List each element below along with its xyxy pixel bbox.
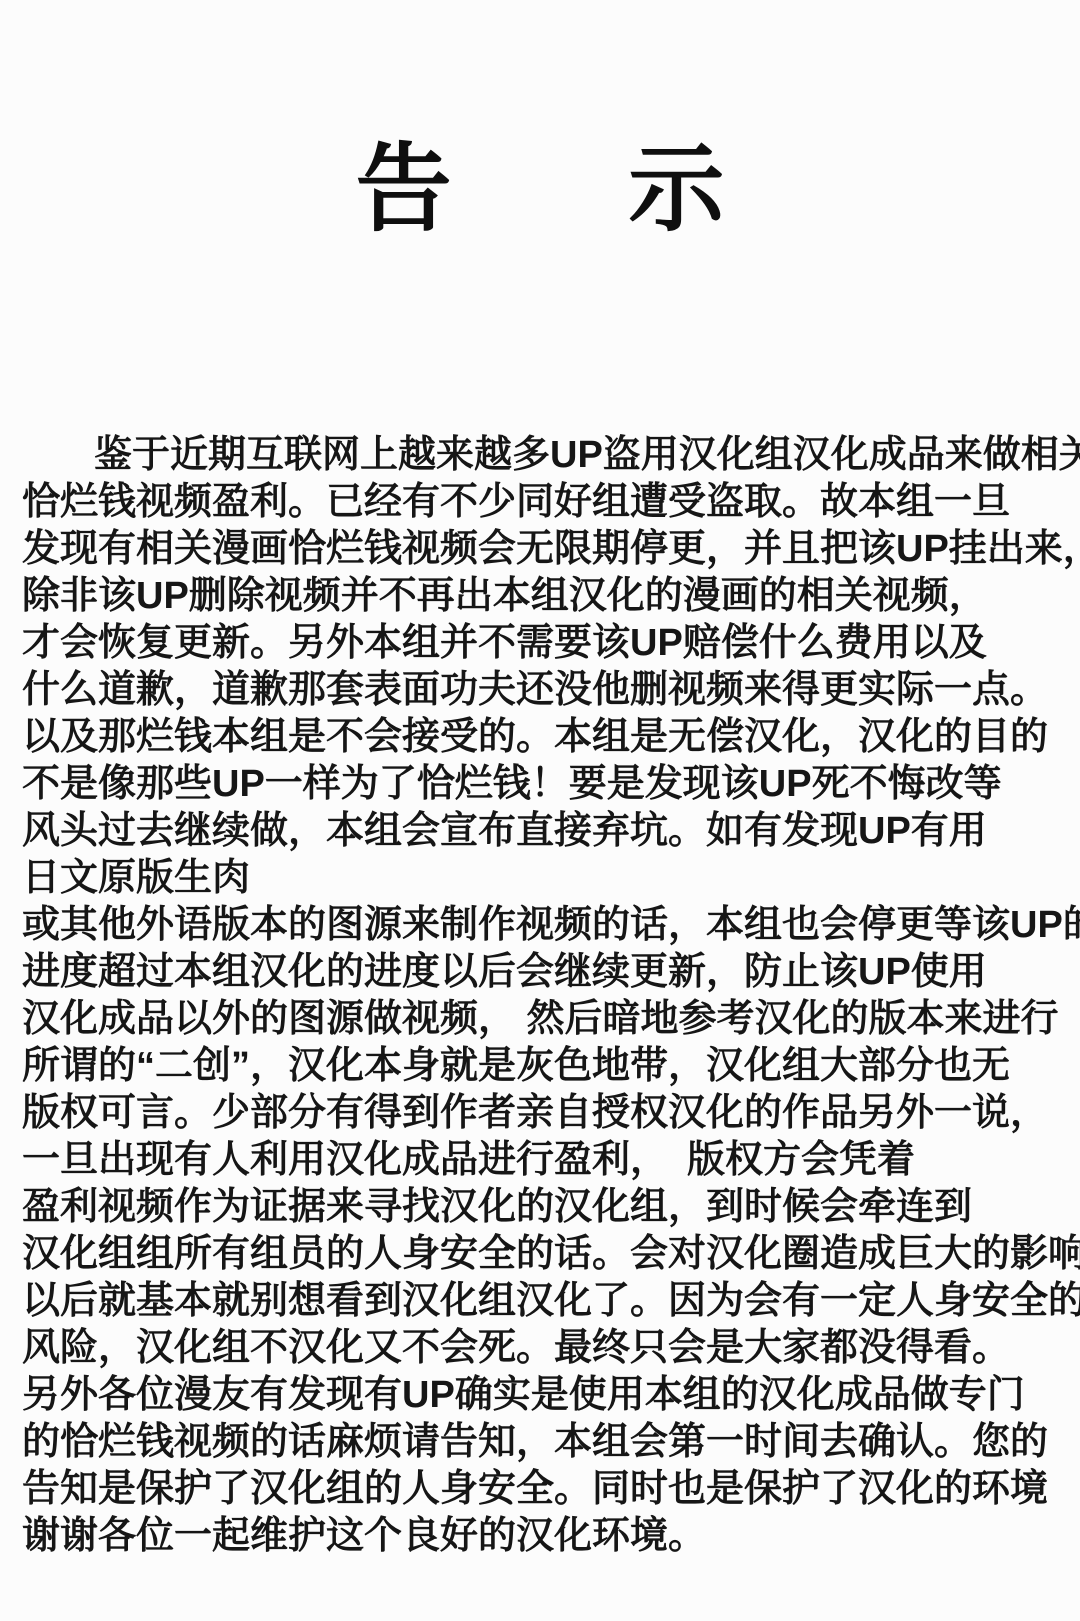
- notice-line: 恰烂钱视频盈利。已经有不少同好组遭受盗取。故本组一旦: [22, 479, 1068, 526]
- notice-line: 谢谢各位一起维护这个良好的汉化环境。: [22, 1513, 1068, 1560]
- notice-line: 日文原版生肉: [22, 855, 1068, 902]
- notice-title: 告 示: [0, 0, 1080, 238]
- notice-line: 的恰烂钱视频的话麻烦请告知，本组会第一时间去确认。您的: [22, 1419, 1068, 1466]
- notice-line: 或其他外语版本的图源来制作视频的话，本组也会停更等该UP的: [22, 902, 1068, 949]
- notice-line: 不是像那些UP一样为了恰烂钱！要是发现该UP死不悔改等: [22, 761, 1068, 808]
- notice-line: 除非该UP删除视频并不再出本组汉化的漫画的相关视频，: [22, 573, 1068, 620]
- notice-line: 汉化组组所有组员的人身安全的话。会对汉化圈造成巨大的影响，: [22, 1231, 1068, 1278]
- notice-line: 什么道歉，道歉那套表面功夫还没他删视频来得更实际一点。: [22, 667, 1068, 714]
- notice-line: 以及那烂钱本组是不会接受的。本组是无偿汉化，汉化的目的: [22, 714, 1068, 761]
- notice-line: 另外各位漫友有发现有UP确实是使用本组的汉化成品做专门: [22, 1372, 1068, 1419]
- notice-line: 才会恢复更新。另外本组并不需要该UP赔偿什么费用以及: [22, 620, 1068, 667]
- notice-line: 鉴于近期互联网上越来越多UP盗用汉化组汉化成品来做相关: [22, 432, 1068, 479]
- notice-line: 进度超过本组汉化的进度以后会继续更新，防止该UP使用: [22, 949, 1068, 996]
- notice-line: 发现有相关漫画恰烂钱视频会无限期停更，并且把该UP挂出来，: [22, 526, 1068, 573]
- notice-line: 盈利视频作为证据来寻找汉化的汉化组，到时候会牵连到: [22, 1184, 1068, 1231]
- notice-line: 告知是保护了汉化组的人身安全。同时也是保护了汉化的环境: [22, 1466, 1068, 1513]
- notice-line: 一旦出现有人利用汉化成品进行盈利， 版权方会凭着: [22, 1137, 1068, 1184]
- notice-page: 告 示 鉴于近期互联网上越来越多UP盗用汉化组汉化成品来做相关 恰烂钱视频盈利。…: [0, 0, 1080, 1621]
- notice-line: 以后就基本就别想看到汉化组汉化了。因为会有一定人身安全的: [22, 1278, 1068, 1325]
- notice-line: 风险，汉化组不汉化又不会死。最终只会是大家都没得看。: [22, 1325, 1068, 1372]
- notice-body: 鉴于近期互联网上越来越多UP盗用汉化组汉化成品来做相关 恰烂钱视频盈利。已经有不…: [22, 432, 1068, 1560]
- notice-line: 版权可言。少部分有得到作者亲自授权汉化的作品另外一说，: [22, 1090, 1068, 1137]
- notice-line: 汉化成品以外的图源做视频， 然后暗地参考汉化的版本来进行: [22, 996, 1068, 1043]
- notice-line: 所谓的“二创”，汉化本身就是灰色地带，汉化组大部分也无: [22, 1043, 1068, 1090]
- notice-line: 风头过去继续做，本组会宣布直接弃坑。如有发现UP有用: [22, 808, 1068, 855]
